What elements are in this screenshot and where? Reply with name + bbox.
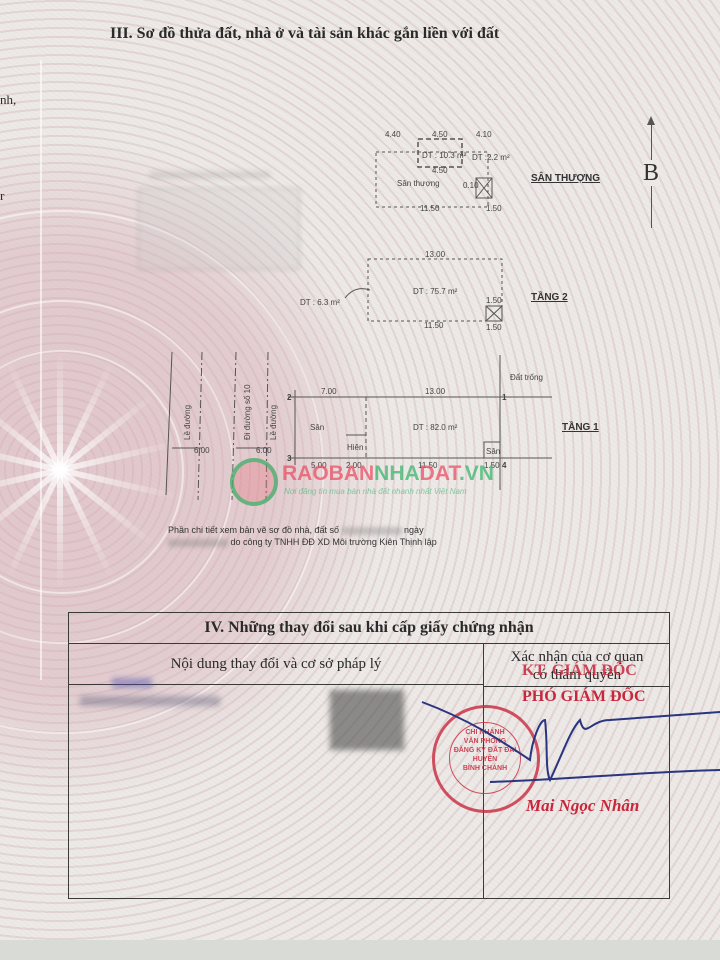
background-surface <box>0 940 720 960</box>
handwritten-signature-icon <box>0 0 720 960</box>
signer-name: Mai Ngọc Nhân <box>526 796 639 816</box>
certificate-page: III. Sơ đồ thửa đất, nhà ở và tài sản kh… <box>0 0 720 940</box>
